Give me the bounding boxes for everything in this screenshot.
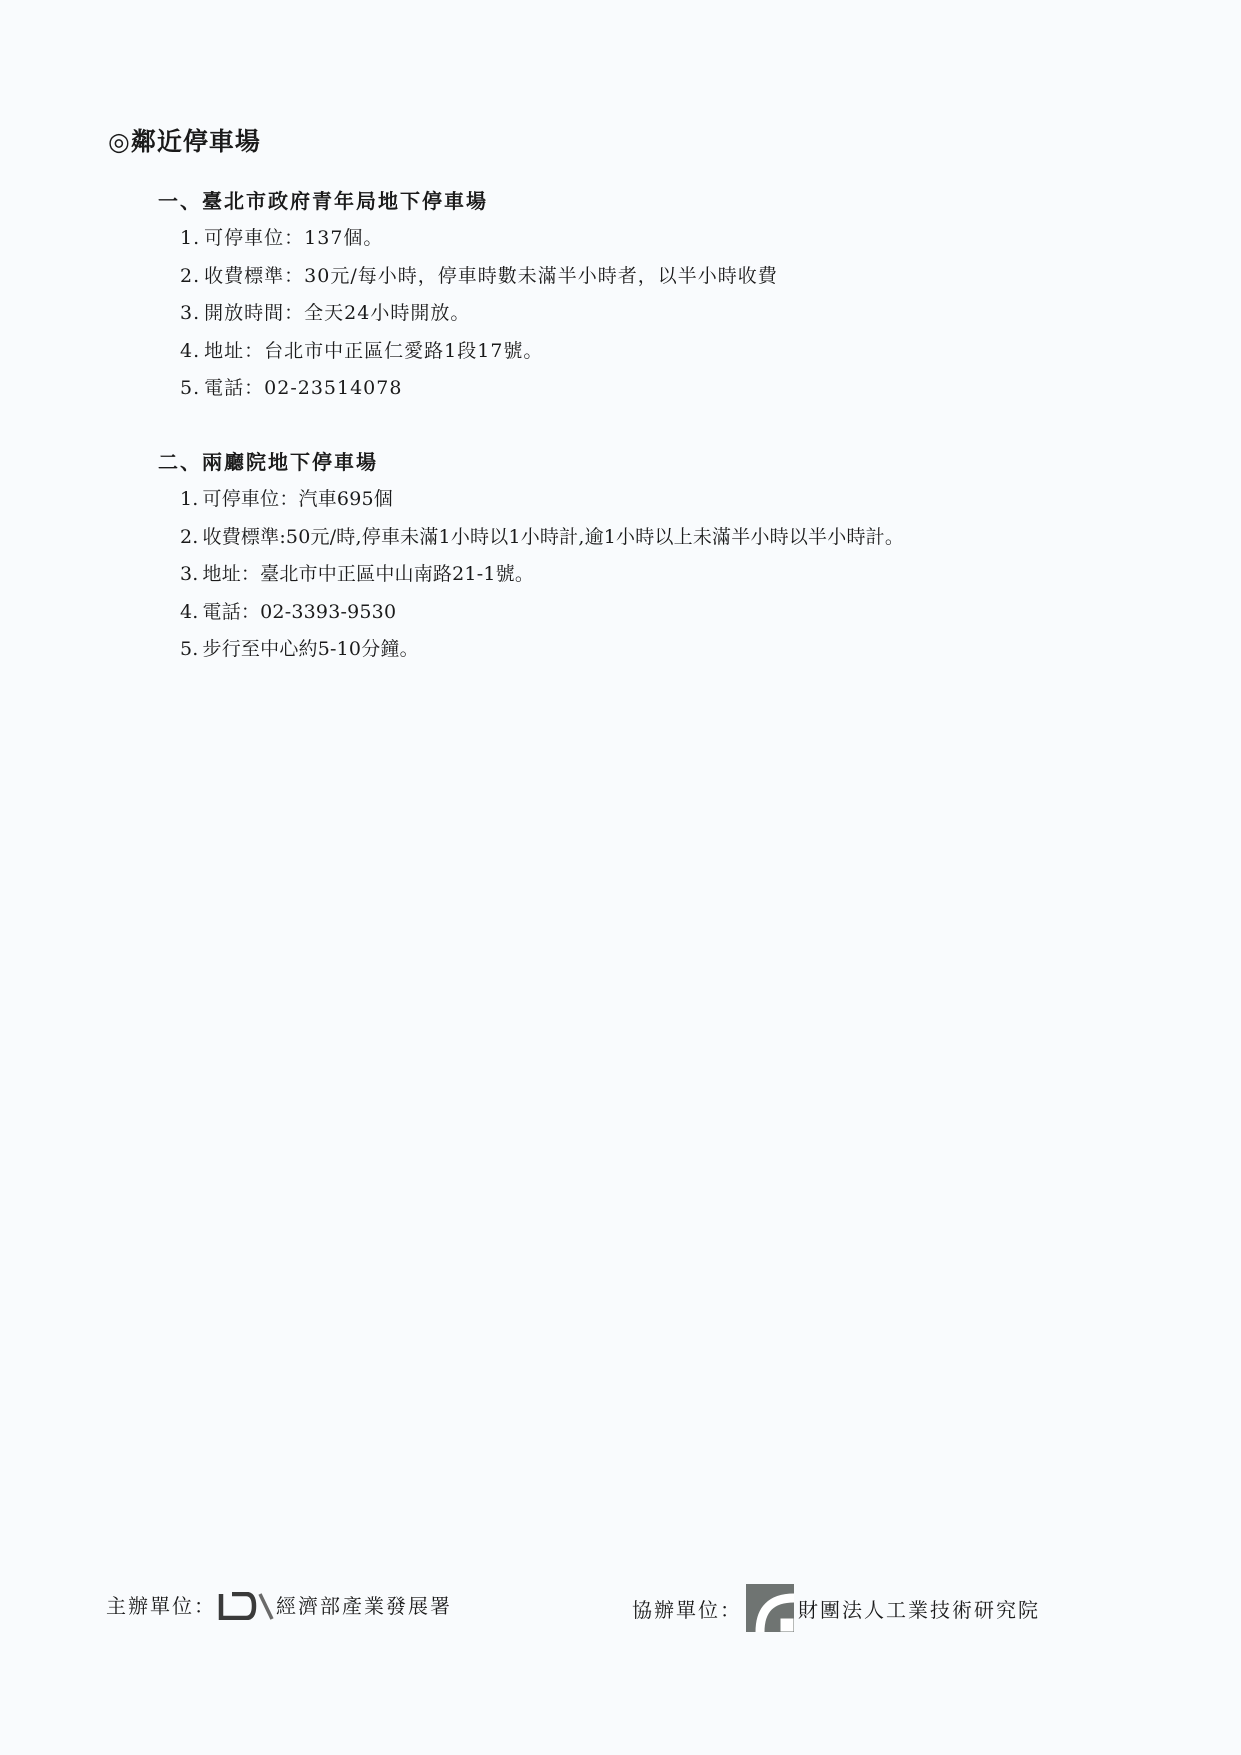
item-text: 步行至中心約5-10分鐘。 — [203, 638, 419, 660]
item-text: 收費標準:50元/時,停車未滿1小時以1小時計,逾1小時以上未滿半小時以半小時計… — [203, 526, 905, 548]
list-item: 5.步行至中心約5-10分鐘。 — [180, 631, 904, 669]
footer-co-organizer: 協辦單位： 財團法人工業技術研究院 — [632, 1586, 1040, 1634]
section-heading: 一、臺北市政府青年局地下停車場 — [158, 186, 778, 216]
list-item: 4.地址：台北市中正區仁愛路1段17號。 — [180, 333, 778, 371]
parking-lot-section-1: 一、臺北市政府青年局地下停車場 1.可停車位：137個。 2.收費標準：30元/… — [158, 186, 778, 408]
list-item: 3.開放時間：全天24小時開放。 — [180, 295, 778, 333]
item-text: 地址：台北市中正區仁愛路1段17號。 — [204, 340, 543, 362]
host-name: 經濟部產業發展署 — [276, 1586, 452, 1626]
item-text: 可停車位：汽車695個 — [203, 488, 393, 510]
footer-host-organizer: 主辦單位： 經濟部產業發展署 — [106, 1586, 452, 1626]
item-text: 電話：02-3393-9530 — [203, 601, 397, 623]
list-item: 2.收費標準：30元/每小時，停車時數未滿半小時者，以半小時收費 — [180, 258, 778, 296]
item-number: 4. — [180, 594, 199, 632]
item-text: 電話：02-23514078 — [204, 377, 402, 399]
list-item: 2.收費標準:50元/時,停車未滿1小時以1小時計,逾1小時以上未滿半小時以半小… — [180, 519, 904, 557]
co-organizer-name: 財團法人工業技術研究院 — [798, 1590, 1040, 1630]
co-organizer-label: 協辦單位： — [632, 1590, 742, 1630]
item-number: 1. — [180, 481, 199, 519]
info-list: 1.可停車位：137個。 2.收費標準：30元/每小時，停車時數未滿半小時者，以… — [158, 220, 778, 408]
host-label: 主辦單位： — [106, 1586, 216, 1626]
list-item: 5.電話：02-23514078 — [180, 370, 778, 408]
info-list: 1.可停車位：汽車695個 2.收費標準:50元/時,停車未滿1小時以1小時計,… — [158, 481, 904, 669]
list-item: 1.可停車位：137個。 — [180, 220, 778, 258]
list-item: 1.可停車位：汽車695個 — [180, 481, 904, 519]
list-item: 4.電話：02-3393-9530 — [180, 594, 904, 632]
item-text: 開放時間：全天24小時開放。 — [204, 302, 470, 324]
parking-lot-section-2: 二、兩廳院地下停車場 1.可停車位：汽車695個 2.收費標準:50元/時,停車… — [158, 447, 904, 669]
item-number: 3. — [180, 295, 200, 333]
item-number: 5. — [180, 370, 200, 408]
itri-logo-icon — [746, 1584, 794, 1632]
item-number: 5. — [180, 631, 199, 669]
item-text: 地址：臺北市中正區中山南路21-1號。 — [203, 563, 535, 585]
ida-logo-icon — [218, 1592, 274, 1620]
item-text: 可停車位：137個。 — [204, 227, 383, 249]
item-number: 4. — [180, 333, 200, 371]
item-text: 收費標準：30元/每小時，停車時數未滿半小時者，以半小時收費 — [204, 265, 778, 287]
page-title: ◎鄰近停車場 — [108, 124, 261, 160]
item-number: 1. — [180, 220, 200, 258]
section-heading: 二、兩廳院地下停車場 — [158, 447, 904, 477]
list-item: 3.地址：臺北市中正區中山南路21-1號。 — [180, 556, 904, 594]
item-number: 2. — [180, 258, 200, 296]
item-number: 2. — [180, 519, 199, 557]
item-number: 3. — [180, 556, 199, 594]
